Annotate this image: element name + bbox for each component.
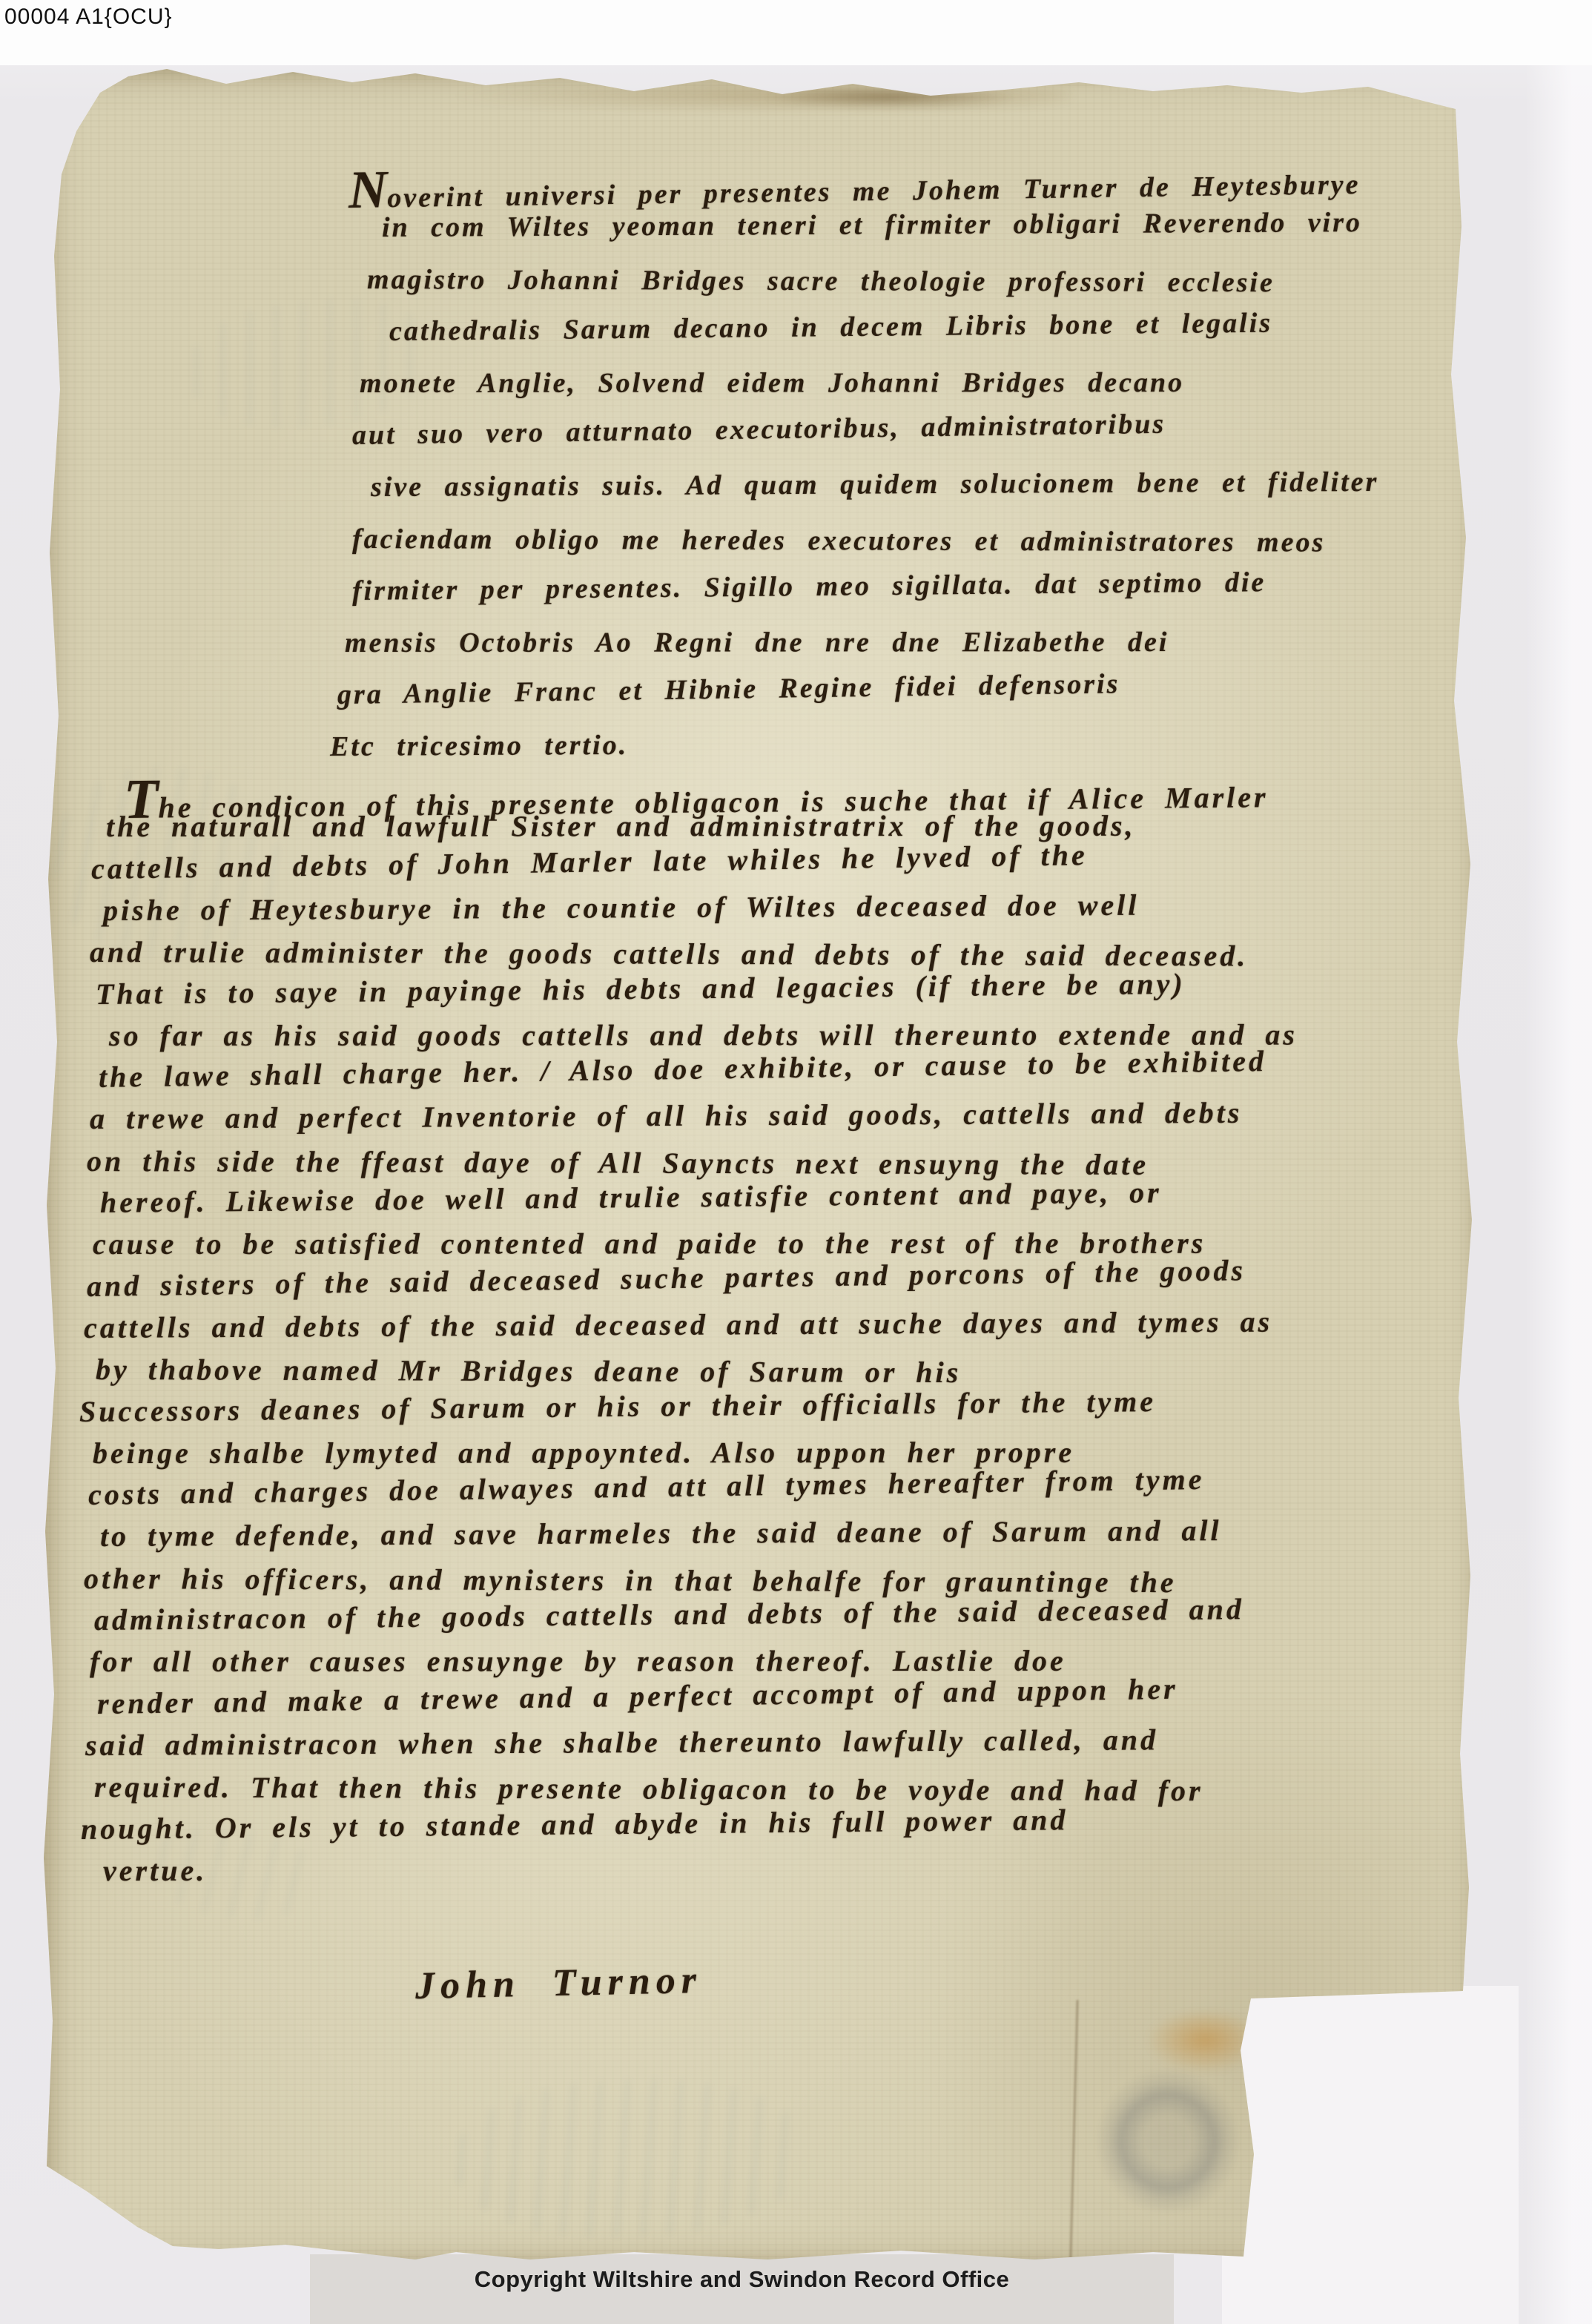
manuscript-line-latin: aut suo vero atturnato executoribus, adm… [352, 408, 1166, 452]
manuscript-line-latin: Etc tricesimo tertio. [330, 729, 628, 763]
manuscript-line-english: administracon of the goods cattells and … [94, 1591, 1244, 1637]
manuscript-line-english: said administracon when she shalbe there… [85, 1722, 1158, 1763]
manuscript-line-latin: monete Anglie, Solvend eidem Johanni Bri… [360, 366, 1184, 400]
manuscript-line-latin: gra Anglie Franc et Hibnie Regine fidei … [337, 667, 1120, 711]
manuscript-line-english: for all other causes ensuynge by reason … [90, 1643, 1066, 1679]
manuscript-line-english: That is to saye in payinge his debts and… [96, 965, 1186, 1011]
manuscript-line-latin: firmiter per presentes. Sigillo meo sigi… [352, 566, 1266, 607]
manuscript-line-latin: cathedralis Sarum decano in decem Libris… [389, 307, 1272, 348]
scan-edge-highlight [1525, 0, 1592, 2324]
manuscript-line-latin: faciendam obligo me heredes executores e… [352, 523, 1325, 559]
show-through-mark [183, 288, 440, 439]
manuscript-line-english: to tyme defende, and save harmeles the s… [100, 1513, 1222, 1554]
seal-impression [1097, 2069, 1238, 2214]
copyright-strip: Copyright Wiltshire and Swindon Record O… [310, 2254, 1174, 2324]
document-paper: Noverint universi per presentes me Johem… [41, 63, 1483, 2269]
signature-line: John Turnor [414, 1958, 702, 2008]
manuscript-line-english: Successors deanes of Sarum or his or the… [79, 1384, 1156, 1429]
top-band [0, 0, 1592, 65]
manuscript-line-english: vertue. [103, 1853, 207, 1888]
crease-line [1069, 2000, 1078, 2259]
top-edge-stain-dark [764, 87, 1016, 108]
show-through-mark [453, 2074, 807, 2242]
copyright-text: Copyright Wiltshire and Swindon Record O… [310, 2254, 1174, 2293]
manuscript-line-english: a trewe and perfect Inventorie of all hi… [90, 1095, 1243, 1136]
scan-page: 00004 A1{OCU} Copyright Wiltshire and Sw… [0, 0, 1592, 2324]
manuscript-line-latin: mensis Octobris Ao Regni dne nre dne Eli… [345, 626, 1169, 659]
manuscript-line-english: by thabove named Mr Bridges deane of Sar… [96, 1352, 961, 1390]
manuscript-line-english: hereof. Likewise doe well and trulie sat… [100, 1175, 1162, 1220]
manuscript-line-latin: magistro Johanni Bridges sacre theologie… [367, 263, 1275, 299]
manuscript-line-english: nought. Or els yt to stande and abyde in… [81, 1802, 1069, 1846]
archive-reference-label: 00004 A1{OCU} [4, 4, 173, 30]
manuscript-line-latin: sive assignatis suis. Ad quam quidem sol… [371, 466, 1379, 504]
manuscript-line-english: cattells and debts of the said deceased … [84, 1304, 1272, 1344]
manuscript-line-english: pishe of Heytesburye in the countie of W… [103, 888, 1140, 928]
manuscript-line-latin: in com Wiltes yeoman teneri et firmiter … [382, 206, 1362, 244]
backing-sheet [1222, 1986, 1519, 2324]
